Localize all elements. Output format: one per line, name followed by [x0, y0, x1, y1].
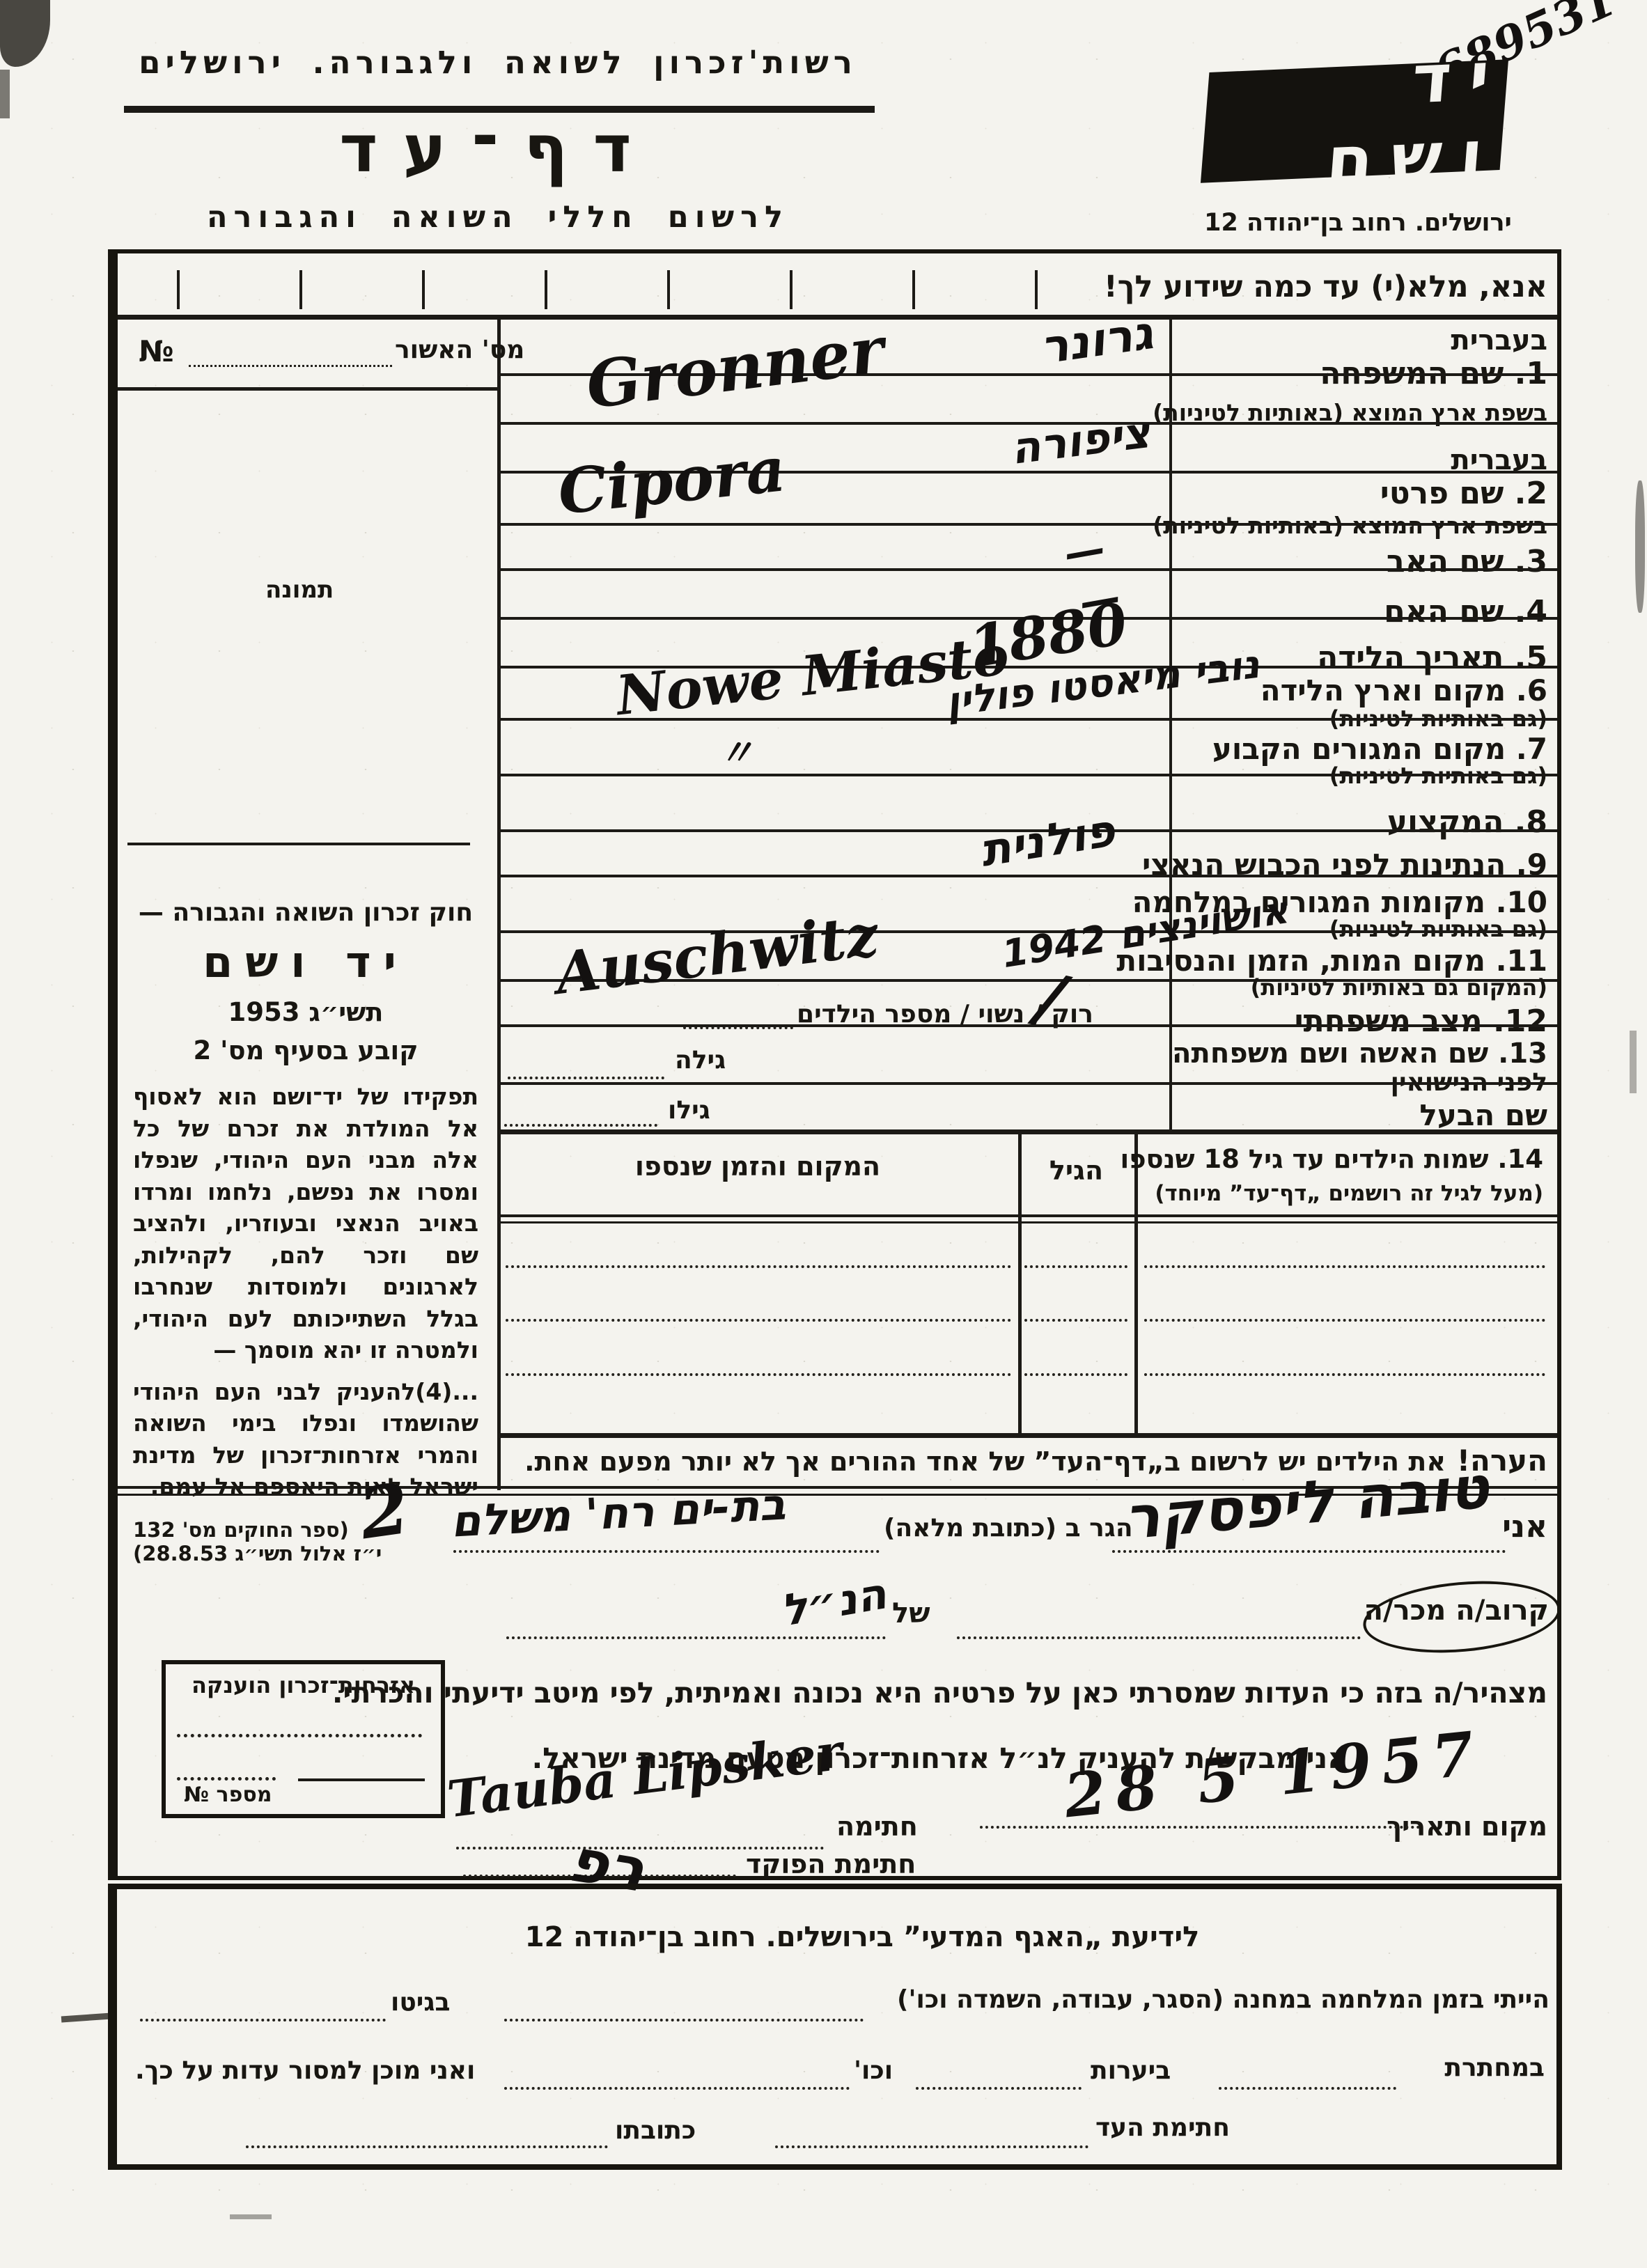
- granted-solid-line: [298, 1778, 425, 1781]
- law-paragraph: ...(4)להעניק לבני העם היהודי שהושמדו ונפ…: [133, 1376, 478, 1503]
- write-line: [497, 875, 1557, 877]
- relation-circle-mark: [1360, 1574, 1563, 1660]
- form-subtitle: לרשום חללי השואה והגבורה: [118, 202, 877, 233]
- table-row-line: [506, 1373, 1011, 1376]
- field5-label: 5. תאריך הלידה: [1317, 642, 1547, 674]
- table-row-line: [1144, 1319, 1545, 1322]
- cert-number-label: מס' האשור: [395, 337, 524, 363]
- granted-title: אזרחות־זכרון הוענקה: [166, 1674, 441, 1698]
- write-line: [497, 523, 1557, 526]
- fill-instruction: אנא, מלא(י) עד כמה שידוע לך!: [1104, 272, 1547, 303]
- hw-father-dash: —: [1061, 527, 1108, 574]
- field6-label: 6. מקום וארץ הלידה: [1260, 675, 1547, 706]
- granted-line: [177, 1734, 422, 1737]
- husband-label: שם הבעל: [1419, 1100, 1547, 1131]
- table-row-line: [1024, 1319, 1127, 1322]
- photo-label: תמונה: [265, 578, 334, 603]
- of-whom-line: [506, 1636, 886, 1639]
- field1-pre: בעברית: [1451, 326, 1547, 355]
- signature-label: חתימה: [836, 1813, 918, 1841]
- field13-label: 13. שם האשה ושם משפחתה: [1172, 1039, 1547, 1068]
- granted-number-label: מספר №: [184, 1784, 272, 1806]
- cert-number-line: [189, 365, 392, 367]
- children-table-label: 14. שמות הילדים עד גיל 18 שנספו: [1121, 1146, 1543, 1173]
- age-column-header: הגיל: [1018, 1157, 1134, 1185]
- law-year: תשי״ג 1953: [133, 997, 478, 1027]
- table-row-line: [1144, 1373, 1545, 1376]
- of-label: של: [892, 1599, 930, 1628]
- table-row-line: [1144, 1265, 1545, 1268]
- law-name: יד ושם: [133, 937, 478, 987]
- law-source: (ספר החוקים מס' 132: [133, 1518, 478, 1542]
- hw-first-name-hebrew: ציפורה: [1008, 411, 1153, 471]
- witness-address-label: כתובתו: [615, 2118, 696, 2144]
- hw-of-whom: הנ״ל: [778, 1572, 890, 1632]
- cert-number-sign: №: [139, 334, 174, 368]
- place-column-header: המקום והזמן שנספו: [497, 1153, 1018, 1181]
- place-date-line: [980, 1826, 1420, 1829]
- granted-citizenship-box: אזרחות־זכרון הוענקה מספר №: [162, 1660, 445, 1818]
- law-paragraph: תפקידו של יד־ושם הוא לאסוף אל המולדת את …: [133, 1081, 478, 1366]
- field4-label: 4. שם האם: [1384, 596, 1547, 628]
- comb-tick: [1035, 270, 1038, 309]
- underground-label: במחתרת: [1444, 2055, 1545, 2081]
- comb-tick: [177, 270, 180, 309]
- witness-signature-label: חתימת העד: [1095, 2115, 1230, 2141]
- bottom-title: לידיעת „האגף המדעי” בירושלים. רחוב בן־יה…: [409, 1923, 1315, 1952]
- clerk-signature-label: חתימת הפוקד: [746, 1851, 916, 1879]
- law-excerpt: חוק זכרון השואה והגבורה — יד ושם תשי״ג 1…: [133, 898, 478, 1565]
- scan-smudge: [0, 0, 50, 67]
- declaration-statement: מצהיר/ה בזה כי העדות שמסרתי כאן על פרטיה…: [332, 1678, 1547, 1708]
- field10-sublabel: (גם באותיות לטיניות): [1329, 918, 1547, 941]
- left-column-divider: [497, 315, 501, 1490]
- yad-vashem-logo: יד ושם: [1201, 59, 1508, 182]
- main-form-box: אנא, מלא(י) עד כמה שידוע לך! № מס' האשור…: [108, 249, 1561, 1880]
- scan-smudge: [1630, 1031, 1637, 1093]
- field3-label: 3. שם האב: [1387, 546, 1547, 578]
- field2-label: 2. שם פרטי: [1380, 478, 1547, 510]
- scan-smudge: [61, 2012, 111, 2022]
- office-address: ירושלים. רחוב בן־יהודה 12: [1184, 210, 1532, 236]
- forests-label: ביערות: [1091, 2058, 1171, 2084]
- hw-family-name-hebrew: גרונר: [1038, 310, 1155, 371]
- write-line: [497, 774, 1557, 776]
- law-source: י״ז אלול תשי״ג 28.8.53): [133, 1542, 478, 1565]
- hw-family-name-latin: Gronner: [583, 318, 887, 418]
- yad-vashem-logo-text: יד ושם: [1199, 36, 1510, 206]
- her-age-label: גילה: [675, 1047, 726, 1074]
- declarant-address-line: [453, 1550, 880, 1553]
- underground-line: [1219, 2087, 1396, 2090]
- write-line: [497, 1082, 1557, 1085]
- forests-line: [916, 2087, 1082, 2090]
- camp-line: [504, 2019, 864, 2021]
- hw-declarant-address: בת-ים רח' משלם: [450, 1483, 787, 1543]
- hw-ditto-mark: 〃: [718, 735, 754, 772]
- hw-first-name-latin: Cipora: [555, 438, 788, 523]
- hw-house-number: 2: [355, 1473, 413, 1549]
- his-age-line: [504, 1124, 657, 1127]
- children-table-sublabel: (מעל לגיל זה רושמים „דף־עד” מיוחד): [1155, 1182, 1543, 1205]
- photo-bottom-rule: [127, 843, 470, 845]
- her-age-line: [508, 1077, 664, 1079]
- ghetto-label: בגיטו: [391, 1989, 450, 2016]
- table-row-line: [1024, 1373, 1127, 1376]
- comb-tick: [667, 270, 670, 309]
- field11-label: 11. מקום המות, הזמן והנסיבות: [1116, 946, 1547, 976]
- his-age-label: גילו: [668, 1097, 710, 1124]
- label-column-divider: [1169, 315, 1172, 1131]
- declarant-i-label: אני: [1502, 1511, 1547, 1543]
- granted-number-line: [177, 1777, 276, 1781]
- ready-to-testify-label: ואני מוכן למסור עדות על כך.: [135, 2058, 475, 2084]
- law-line: חוק זכרון השואה והגבורה —: [133, 898, 478, 927]
- resides-label: הגר ב (כתובת מלאה): [884, 1515, 1133, 1542]
- section-rule: [497, 1129, 1557, 1134]
- witness-signature-line: [775, 2145, 1088, 2148]
- relation-line: [957, 1636, 1361, 1639]
- table-header-rule: [497, 1221, 1557, 1223]
- law-section: קובע בסעיף מס' 2: [133, 1035, 478, 1065]
- write-line: [497, 1024, 1557, 1027]
- witness-address-line: [246, 2145, 608, 2148]
- comb-tick: [422, 270, 425, 309]
- scan-smudge: [0, 70, 10, 118]
- declarant-name-line: [1112, 1550, 1506, 1553]
- scan-smudge: [230, 2214, 272, 2219]
- comb-tick: [790, 270, 793, 309]
- table-row-line: [1024, 1265, 1127, 1268]
- scanned-testimony-page: רשות'זכרון לשואה ולגבורה. ירושלים דף־עד …: [0, 0, 1647, 2268]
- camp-label: הייתי בזמן המלחמה במחנה (הסגר, עבודה, הש…: [897, 1987, 1550, 2013]
- table-bottom-rule: [497, 1433, 1557, 1438]
- write-line: [497, 568, 1557, 571]
- scan-smudge: [1635, 480, 1645, 613]
- etc-line: [504, 2087, 850, 2090]
- field12-label: 12. מצב משפחתי: [1295, 1006, 1547, 1038]
- comb-tick: [912, 270, 915, 309]
- field7-label: 7. מקום המגורים הקבוע: [1212, 734, 1547, 765]
- granted-number-sign: №: [184, 1783, 209, 1807]
- field8-label: 8. המקצוע: [1387, 806, 1547, 838]
- etc-label: וכו': [854, 2058, 893, 2084]
- form-title: דף־עד: [118, 116, 877, 185]
- comb-tick: [299, 270, 302, 309]
- hw-death-place-latin: Auschwitz: [553, 907, 882, 1003]
- table-divider: [1134, 1129, 1138, 1433]
- field2-sublabel: בשפת ארץ המוצא (באותיות לטיניות): [1153, 514, 1547, 538]
- ghetto-line: [140, 2019, 386, 2021]
- scientific-branch-box: לידיעת „האגף המדעי” בירושלים. רחוב בן־יה…: [108, 1884, 1562, 2170]
- comb-tick: [545, 270, 547, 309]
- table-header-rule: [497, 1214, 1557, 1217]
- granted-number-word: מספר: [217, 1783, 272, 1807]
- table-row-line: [506, 1265, 1011, 1268]
- authority-name: רשות'זכרון לשואה ולגבורה. ירושלים: [118, 46, 877, 79]
- cert-rule: [118, 387, 499, 391]
- hw-nationality: פולנית: [977, 808, 1118, 874]
- table-row-line: [506, 1319, 1011, 1322]
